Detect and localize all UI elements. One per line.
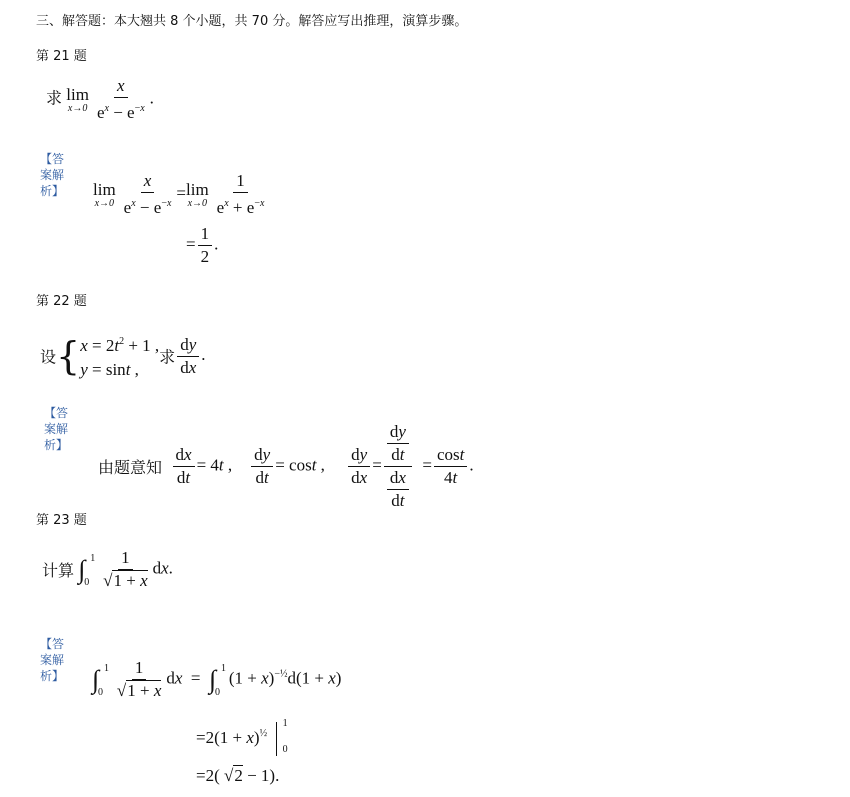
- answer-label-23: 【答案解析】: [40, 636, 74, 684]
- question-21-solution-line-2: =12.: [186, 224, 218, 267]
- answer-label-21: 【答案解析】: [40, 151, 74, 199]
- question-22-solution: 由题意知 dxdt= 4t , dydt= cost , dydx=dydtdx…: [98, 422, 474, 511]
- question-21-solution-line-1: limx→0xex − e−x=limx→01ex + e−x: [93, 171, 269, 218]
- question-21-title: 第 21 题: [36, 45, 87, 64]
- question-21-problem: 求 limx→0xex − e−x.: [46, 76, 154, 123]
- question-23-title: 第 23 题: [36, 509, 87, 528]
- question-22-title: 第 22 题: [36, 290, 87, 309]
- question-23-prompt: 计算: [42, 561, 74, 580]
- question-22-ask: 求: [159, 348, 175, 367]
- question-22-solution-prefix: 由题意知: [98, 458, 162, 477]
- question-22-problem: 设{x = 2t2 + 1 ,y = sint ,求dydx.: [40, 330, 205, 382]
- question-21-prompt: 求: [46, 88, 62, 107]
- question-22-prompt: 设: [40, 348, 56, 367]
- section-header: 三、解答题：本大翘共 8 个小题，共 70 分。解答应写出推理，演算步骤。: [36, 10, 467, 29]
- answer-label-22: 【答案解析】: [44, 405, 78, 453]
- question-23-solution-line-1: ∫10 1√1 + xdx = ∫10 (1 + x)−½d(1 + x): [92, 658, 341, 701]
- question-23-solution-line-3: =2( √2 − 1).: [196, 766, 279, 786]
- question-23-problem: 计算 ∫10 1√1 + xdx.: [42, 548, 173, 591]
- question-23-solution-line-2: =2(1 + x)½ 10: [196, 722, 291, 756]
